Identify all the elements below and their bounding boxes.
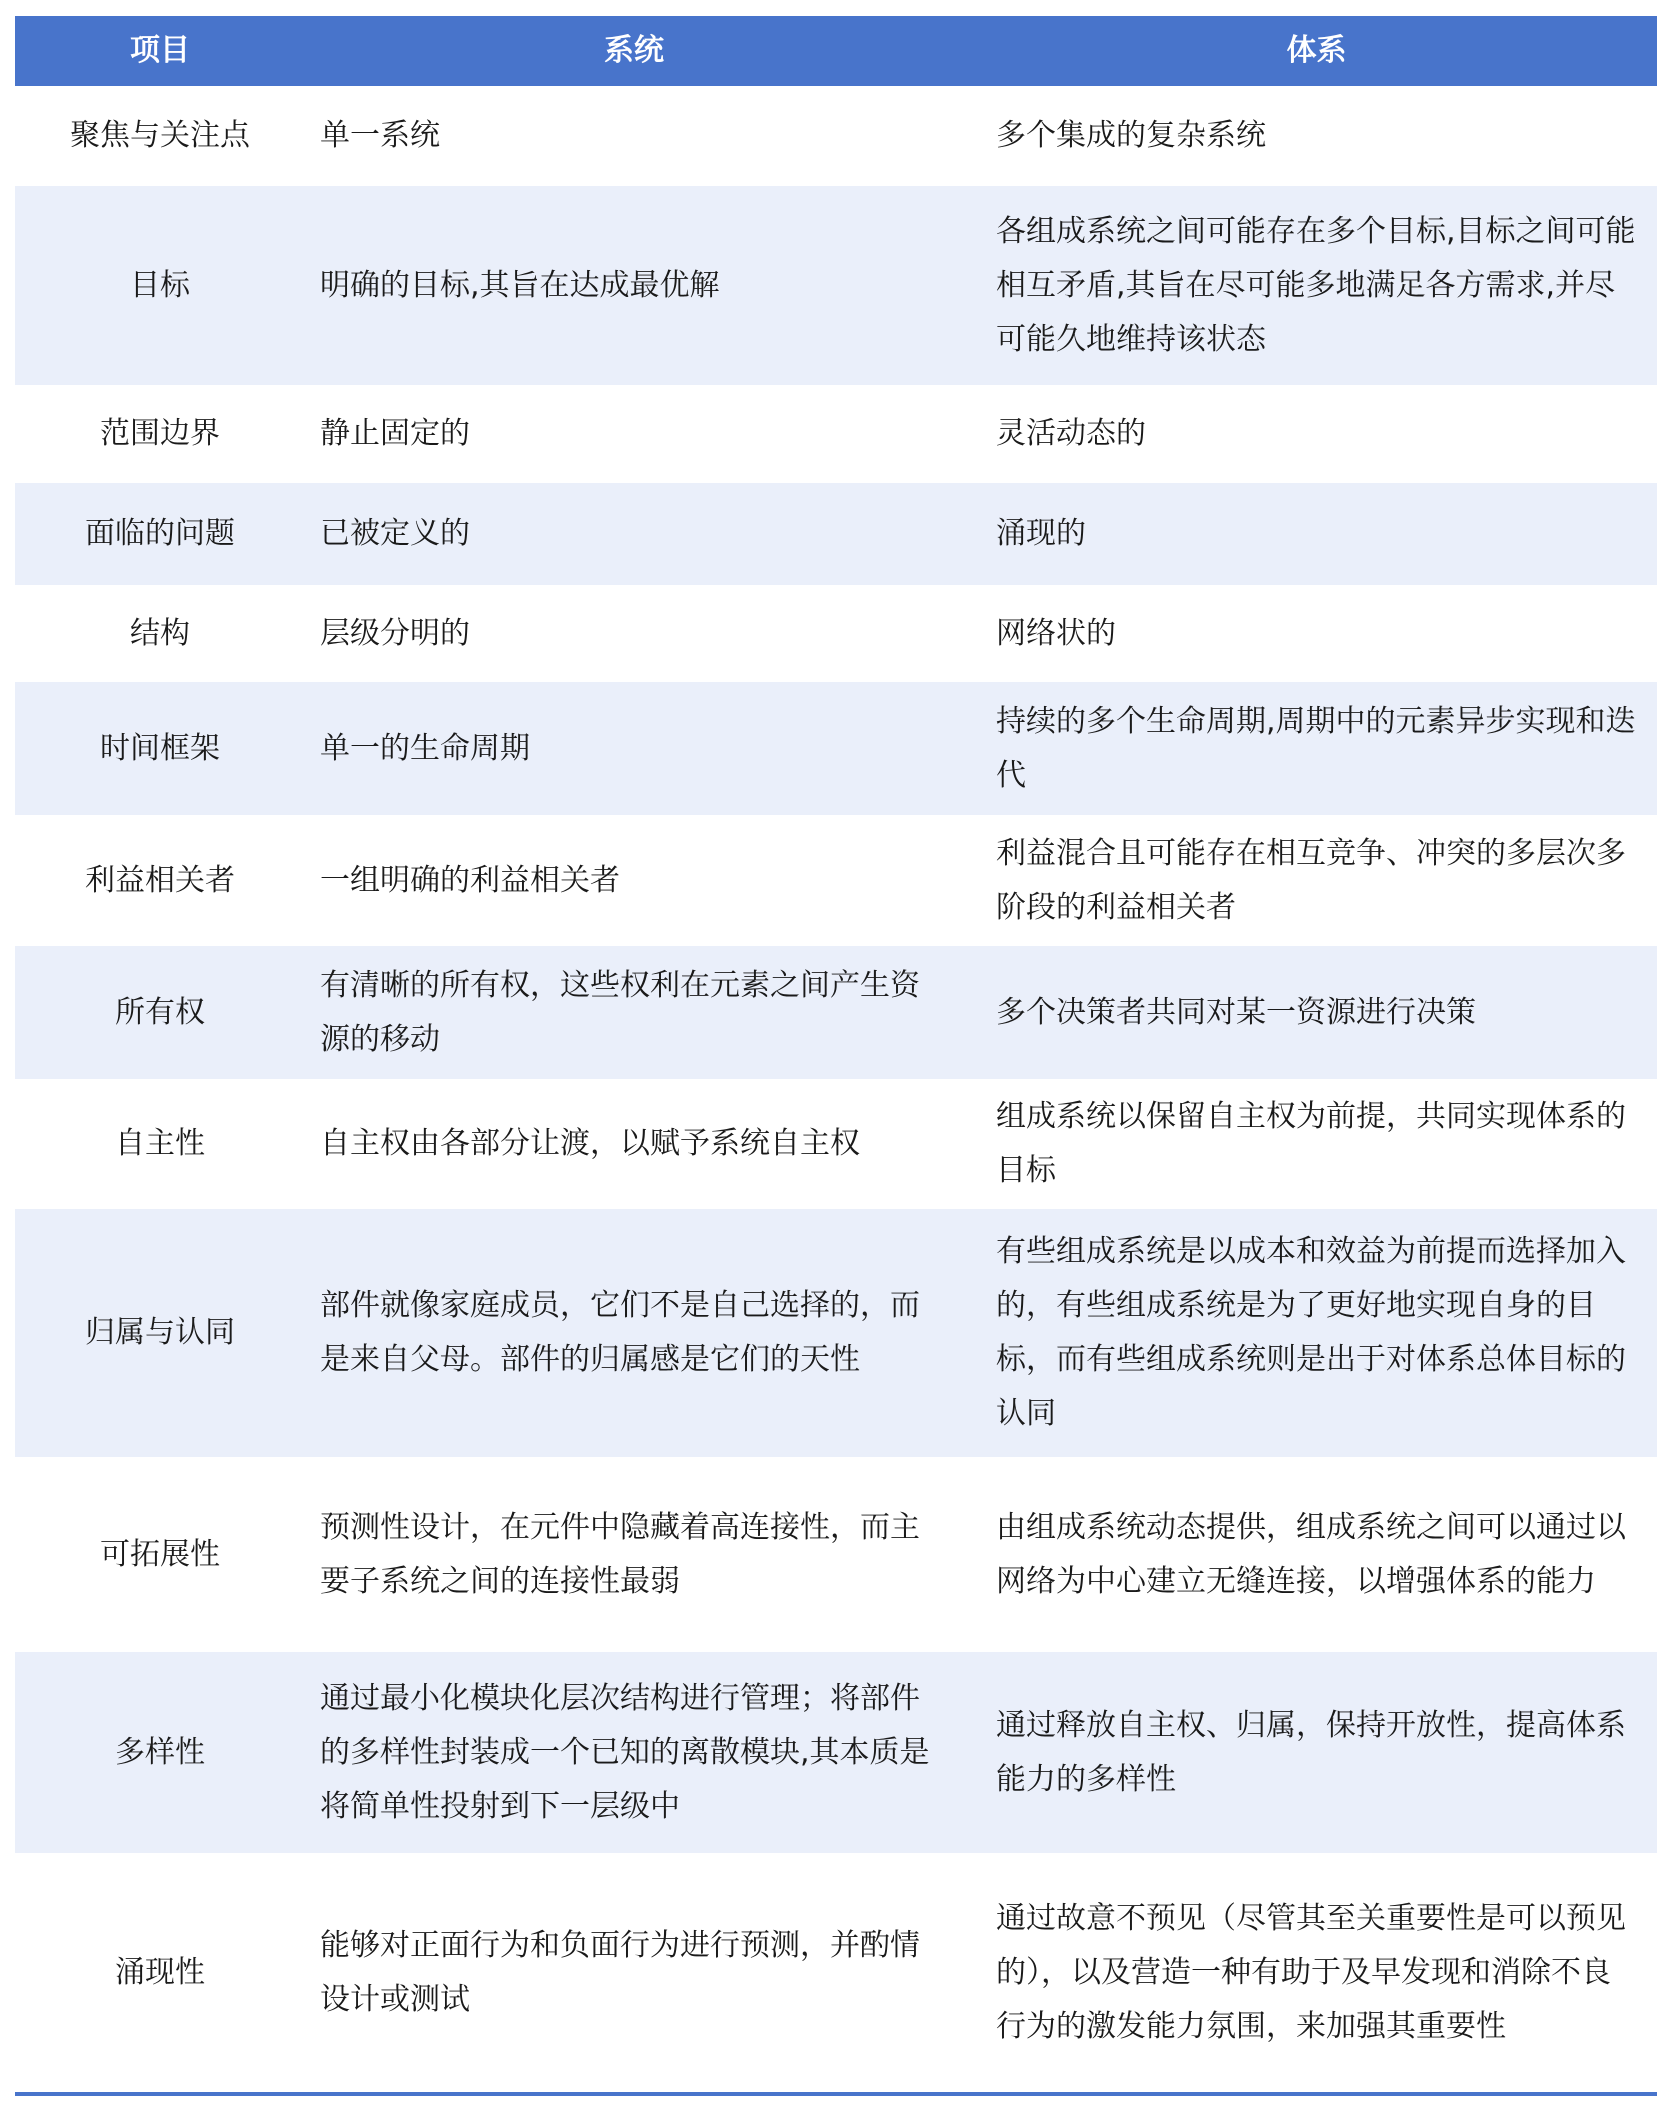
- row-item: 范围边界: [15, 407, 305, 461]
- row-system: 有清晰的所有权，这些权利在元素之间产生资源的移动: [305, 959, 970, 1067]
- comparison-table: 项目 系统 体系 聚焦与关注点 单一系统 多个集成的复杂系统 目标 明确的目标,…: [15, 16, 1657, 2092]
- row-item: 可拓展性: [15, 1528, 305, 1582]
- row-system: 部件就像家庭成员，它们不是自己选择的，而是来自父母。部件的归属感是它们的天性: [305, 1279, 970, 1387]
- row-item: 聚焦与关注点: [15, 109, 305, 163]
- table-row: 归属与认同 部件就像家庭成员，它们不是自己选择的，而是来自父母。部件的归属感是它…: [15, 1209, 1657, 1457]
- row-sos: 网络状的: [970, 607, 1657, 661]
- table-row: 所有权 有清晰的所有权，这些权利在元素之间产生资源的移动 多个决策者共同对某一资…: [15, 946, 1657, 1079]
- row-sos: 持续的多个生命周期,周期中的元素异步实现和迭代: [970, 695, 1657, 803]
- header-system: 系统: [305, 16, 970, 86]
- row-item: 结构: [15, 607, 305, 661]
- row-item: 归属与认同: [15, 1306, 305, 1360]
- table-row: 聚焦与关注点 单一系统 多个集成的复杂系统: [15, 86, 1657, 186]
- row-sos: 有些组成系统是以成本和效益为前提而选择加入的，有些组成系统是为了更好地实现自身的…: [970, 1225, 1657, 1441]
- row-sos: 组成系统以保留自主权为前提，共同实现体系的目标: [970, 1090, 1657, 1198]
- table-bottom-rule: [15, 2092, 1657, 2096]
- table-row: 利益相关者 一组明确的利益相关者 利益混合且可能存在相互竞争、冲突的多层次多阶段…: [15, 815, 1657, 946]
- row-sos: 多个集成的复杂系统: [970, 109, 1657, 163]
- table-row: 面临的问题 已被定义的 涌现的: [15, 483, 1657, 585]
- row-system: 通过最小化模块化层次结构进行管理；将部件的多样性封装成一个已知的离散模块,其本质…: [305, 1672, 970, 1834]
- row-system: 自主权由各部分让渡，以赋予系统自主权: [305, 1117, 970, 1171]
- row-system: 已被定义的: [305, 507, 970, 561]
- row-sos: 由组成系统动态提供，组成系统之间可以通过以网络为中心建立无缝连接，以增强体系的能…: [970, 1501, 1657, 1609]
- table-row: 时间框架 单一的生命周期 持续的多个生命周期,周期中的元素异步实现和迭代: [15, 682, 1657, 815]
- row-sos: 灵活动态的: [970, 407, 1657, 461]
- row-item: 面临的问题: [15, 507, 305, 561]
- header-item: 项目: [15, 16, 305, 86]
- table-row: 范围边界 静止固定的 灵活动态的: [15, 385, 1657, 483]
- row-sos: 利益混合且可能存在相互竞争、冲突的多层次多阶段的利益相关者: [970, 827, 1657, 935]
- table-row: 结构 层级分明的 网络状的: [15, 585, 1657, 682]
- header-system-of-systems: 体系: [970, 16, 1657, 86]
- row-item: 涌现性: [15, 1946, 305, 2000]
- row-item: 时间框架: [15, 722, 305, 776]
- table-row: 涌现性 能够对正面行为和负面行为进行预测，并酌情设计或测试 通过故意不预见（尽管…: [15, 1853, 1657, 2092]
- row-system: 单一系统: [305, 109, 970, 163]
- row-item: 自主性: [15, 1117, 305, 1171]
- row-sos: 通过释放自主权、归属，保持开放性，提高体系能力的多样性: [970, 1699, 1657, 1807]
- table-header-row: 项目 系统 体系: [15, 16, 1657, 86]
- row-system: 预测性设计，在元件中隐藏着高连接性，而主要子系统之间的连接性最弱: [305, 1501, 970, 1609]
- row-system: 明确的目标,其旨在达成最优解: [305, 259, 970, 313]
- row-sos: 各组成系统之间可能存在多个目标,目标之间可能相互矛盾,其旨在尽可能多地满足各方需…: [970, 205, 1657, 367]
- row-sos: 多个决策者共同对某一资源进行决策: [970, 986, 1657, 1040]
- row-system: 一组明确的利益相关者: [305, 854, 970, 908]
- table-row: 目标 明确的目标,其旨在达成最优解 各组成系统之间可能存在多个目标,目标之间可能…: [15, 186, 1657, 385]
- table-row: 可拓展性 预测性设计，在元件中隐藏着高连接性，而主要子系统之间的连接性最弱 由组…: [15, 1457, 1657, 1652]
- row-system: 单一的生命周期: [305, 722, 970, 776]
- row-item: 目标: [15, 259, 305, 313]
- row-system: 能够对正面行为和负面行为进行预测，并酌情设计或测试: [305, 1919, 970, 2027]
- row-system: 层级分明的: [305, 607, 970, 661]
- row-system: 静止固定的: [305, 407, 970, 461]
- row-sos: 通过故意不预见（尽管其至关重要性是可以预见的），以及营造一种有助于及早发现和消除…: [970, 1892, 1657, 2054]
- row-item: 利益相关者: [15, 854, 305, 908]
- row-item: 多样性: [15, 1726, 305, 1780]
- row-sos: 涌现的: [970, 507, 1657, 561]
- row-item: 所有权: [15, 986, 305, 1040]
- table-row: 多样性 通过最小化模块化层次结构进行管理；将部件的多样性封装成一个已知的离散模块…: [15, 1652, 1657, 1853]
- table-row: 自主性 自主权由各部分让渡，以赋予系统自主权 组成系统以保留自主权为前提，共同实…: [15, 1079, 1657, 1209]
